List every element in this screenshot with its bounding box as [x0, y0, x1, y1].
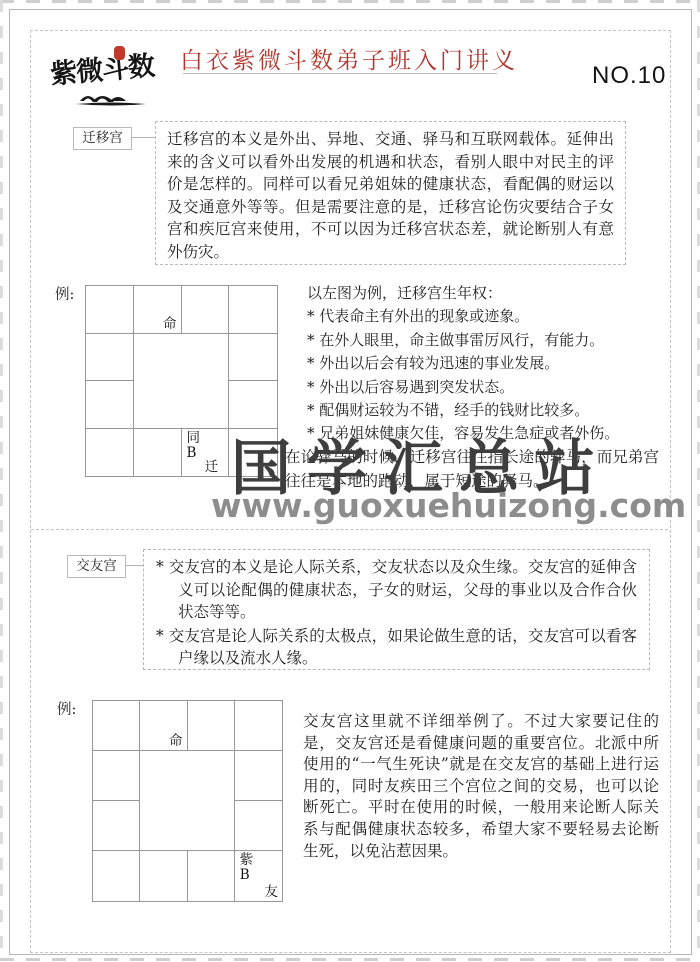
watermark-site-url: www.guoxuehuizong.com	[211, 486, 686, 525]
chart-cell	[93, 851, 140, 901]
section1-connector-line	[131, 137, 155, 138]
qianyi-palace-label: 迁	[205, 455, 219, 475]
section2-bullet: * 交友宫是论人际关系的太极点，如果论做生意的话，交友宫可以看客户缘以及流水人缘…	[156, 625, 637, 670]
section2-description-box: * 交友宫的本义是论人际关系，交友状态以及众生缘。交友宫的延伸含义可以论配偶的健…	[143, 549, 650, 670]
chart-cell	[235, 801, 282, 851]
chart-center-cell	[140, 751, 235, 851]
chart-cell	[93, 701, 140, 751]
logo-text: 紫微斗数	[48, 44, 155, 92]
chart-cell	[229, 286, 277, 334]
chart-cell	[140, 851, 187, 901]
handout-page: 紫微斗数 白衣紫微斗数弟子班入门讲义 NO.10 迁移宫 迁移宫的本义是外出、异…	[0, 0, 700, 962]
chart-cell	[235, 701, 282, 751]
page-edge-dashes-top	[0, 0, 700, 3]
chart-cell	[235, 751, 282, 801]
chart-cell-jiaoyou: 紫 B 友	[235, 851, 282, 901]
transform-label: B	[240, 868, 254, 883]
star-label: 同	[187, 431, 201, 446]
example2-note: 交友宫这里就不详细举例了。不过大家要记住的是，交友宫还是看健康问题的重要宫位。北…	[303, 711, 659, 862]
red-seal-icon	[114, 46, 125, 60]
chart-cell	[93, 751, 140, 801]
section2-palace-label: 交友宫	[67, 555, 126, 578]
example2-label: 例:	[57, 698, 76, 719]
chart-cell	[182, 286, 230, 334]
chart-cell	[188, 701, 235, 751]
example1-label: 例:	[55, 283, 74, 304]
ziwei-chart-example-2: 命 紫 B 友	[92, 700, 283, 902]
star-label: 紫	[240, 853, 254, 868]
point-line: * 配偶财运较为不错，经手的钱财比较多。	[307, 399, 660, 422]
star-with-transform: 同 B	[187, 431, 201, 461]
title-underline	[183, 73, 497, 74]
chart-cell	[86, 381, 134, 429]
section1-palace-label: 迁移宫	[73, 127, 132, 150]
point-line: * 在外人眼里，命主做事雷厉风行，有能力。	[307, 329, 660, 352]
section-divider-dashed-line	[31, 529, 668, 530]
section1-description-box: 迁移宫的本义是外出、异地、交通、驿马和互联网载体。延伸出来的含义可以看外出发展的…	[155, 121, 626, 265]
section2-connector-line	[125, 565, 143, 566]
chart-center-cell	[134, 334, 230, 429]
page-title: 白衣紫微斗数弟子班入门讲义	[180, 42, 498, 75]
chart-cell	[188, 851, 235, 901]
transform-label: B	[187, 446, 201, 461]
point-line: * 代表命主有外出的现象或迹象。	[307, 305, 660, 328]
chart-cell	[134, 429, 182, 477]
page-edge-dashes-bottom	[0, 958, 700, 961]
chart-cell	[86, 429, 134, 477]
point-line: * 外出以后容易遇到突发状态。	[307, 376, 660, 399]
mountain-brush-icon	[72, 88, 150, 108]
chart-cell	[93, 801, 140, 851]
page-edge-dashes-left	[0, 0, 3, 962]
chart-cell	[86, 286, 134, 334]
chart-cell-qianyi: 同 B 迁	[182, 429, 230, 477]
section2-bullet: * 交友宫的本义是论人际关系，交友状态以及众生缘。交友宫的延伸含义可以论配偶的健…	[156, 556, 637, 624]
chart-cell	[229, 334, 277, 382]
jiaoyou-palace-label: 友	[265, 880, 279, 900]
chart-cell	[86, 334, 134, 382]
issue-number: NO.10	[592, 62, 666, 90]
points-title: 以左图为例，迁移宫生年权：	[307, 282, 660, 305]
point-line: * 外出以后会有较为迅速的事业发展。	[307, 352, 660, 375]
chart-cell-ming: 命	[134, 286, 182, 334]
chart-cell-ming: 命	[140, 701, 187, 751]
ziwei-calligraphy-logo: 紫微斗数	[50, 48, 175, 112]
ming-palace-label: 命	[163, 312, 177, 332]
star-with-transform: 紫 B	[240, 853, 254, 883]
ming-palace-label: 命	[169, 729, 183, 749]
